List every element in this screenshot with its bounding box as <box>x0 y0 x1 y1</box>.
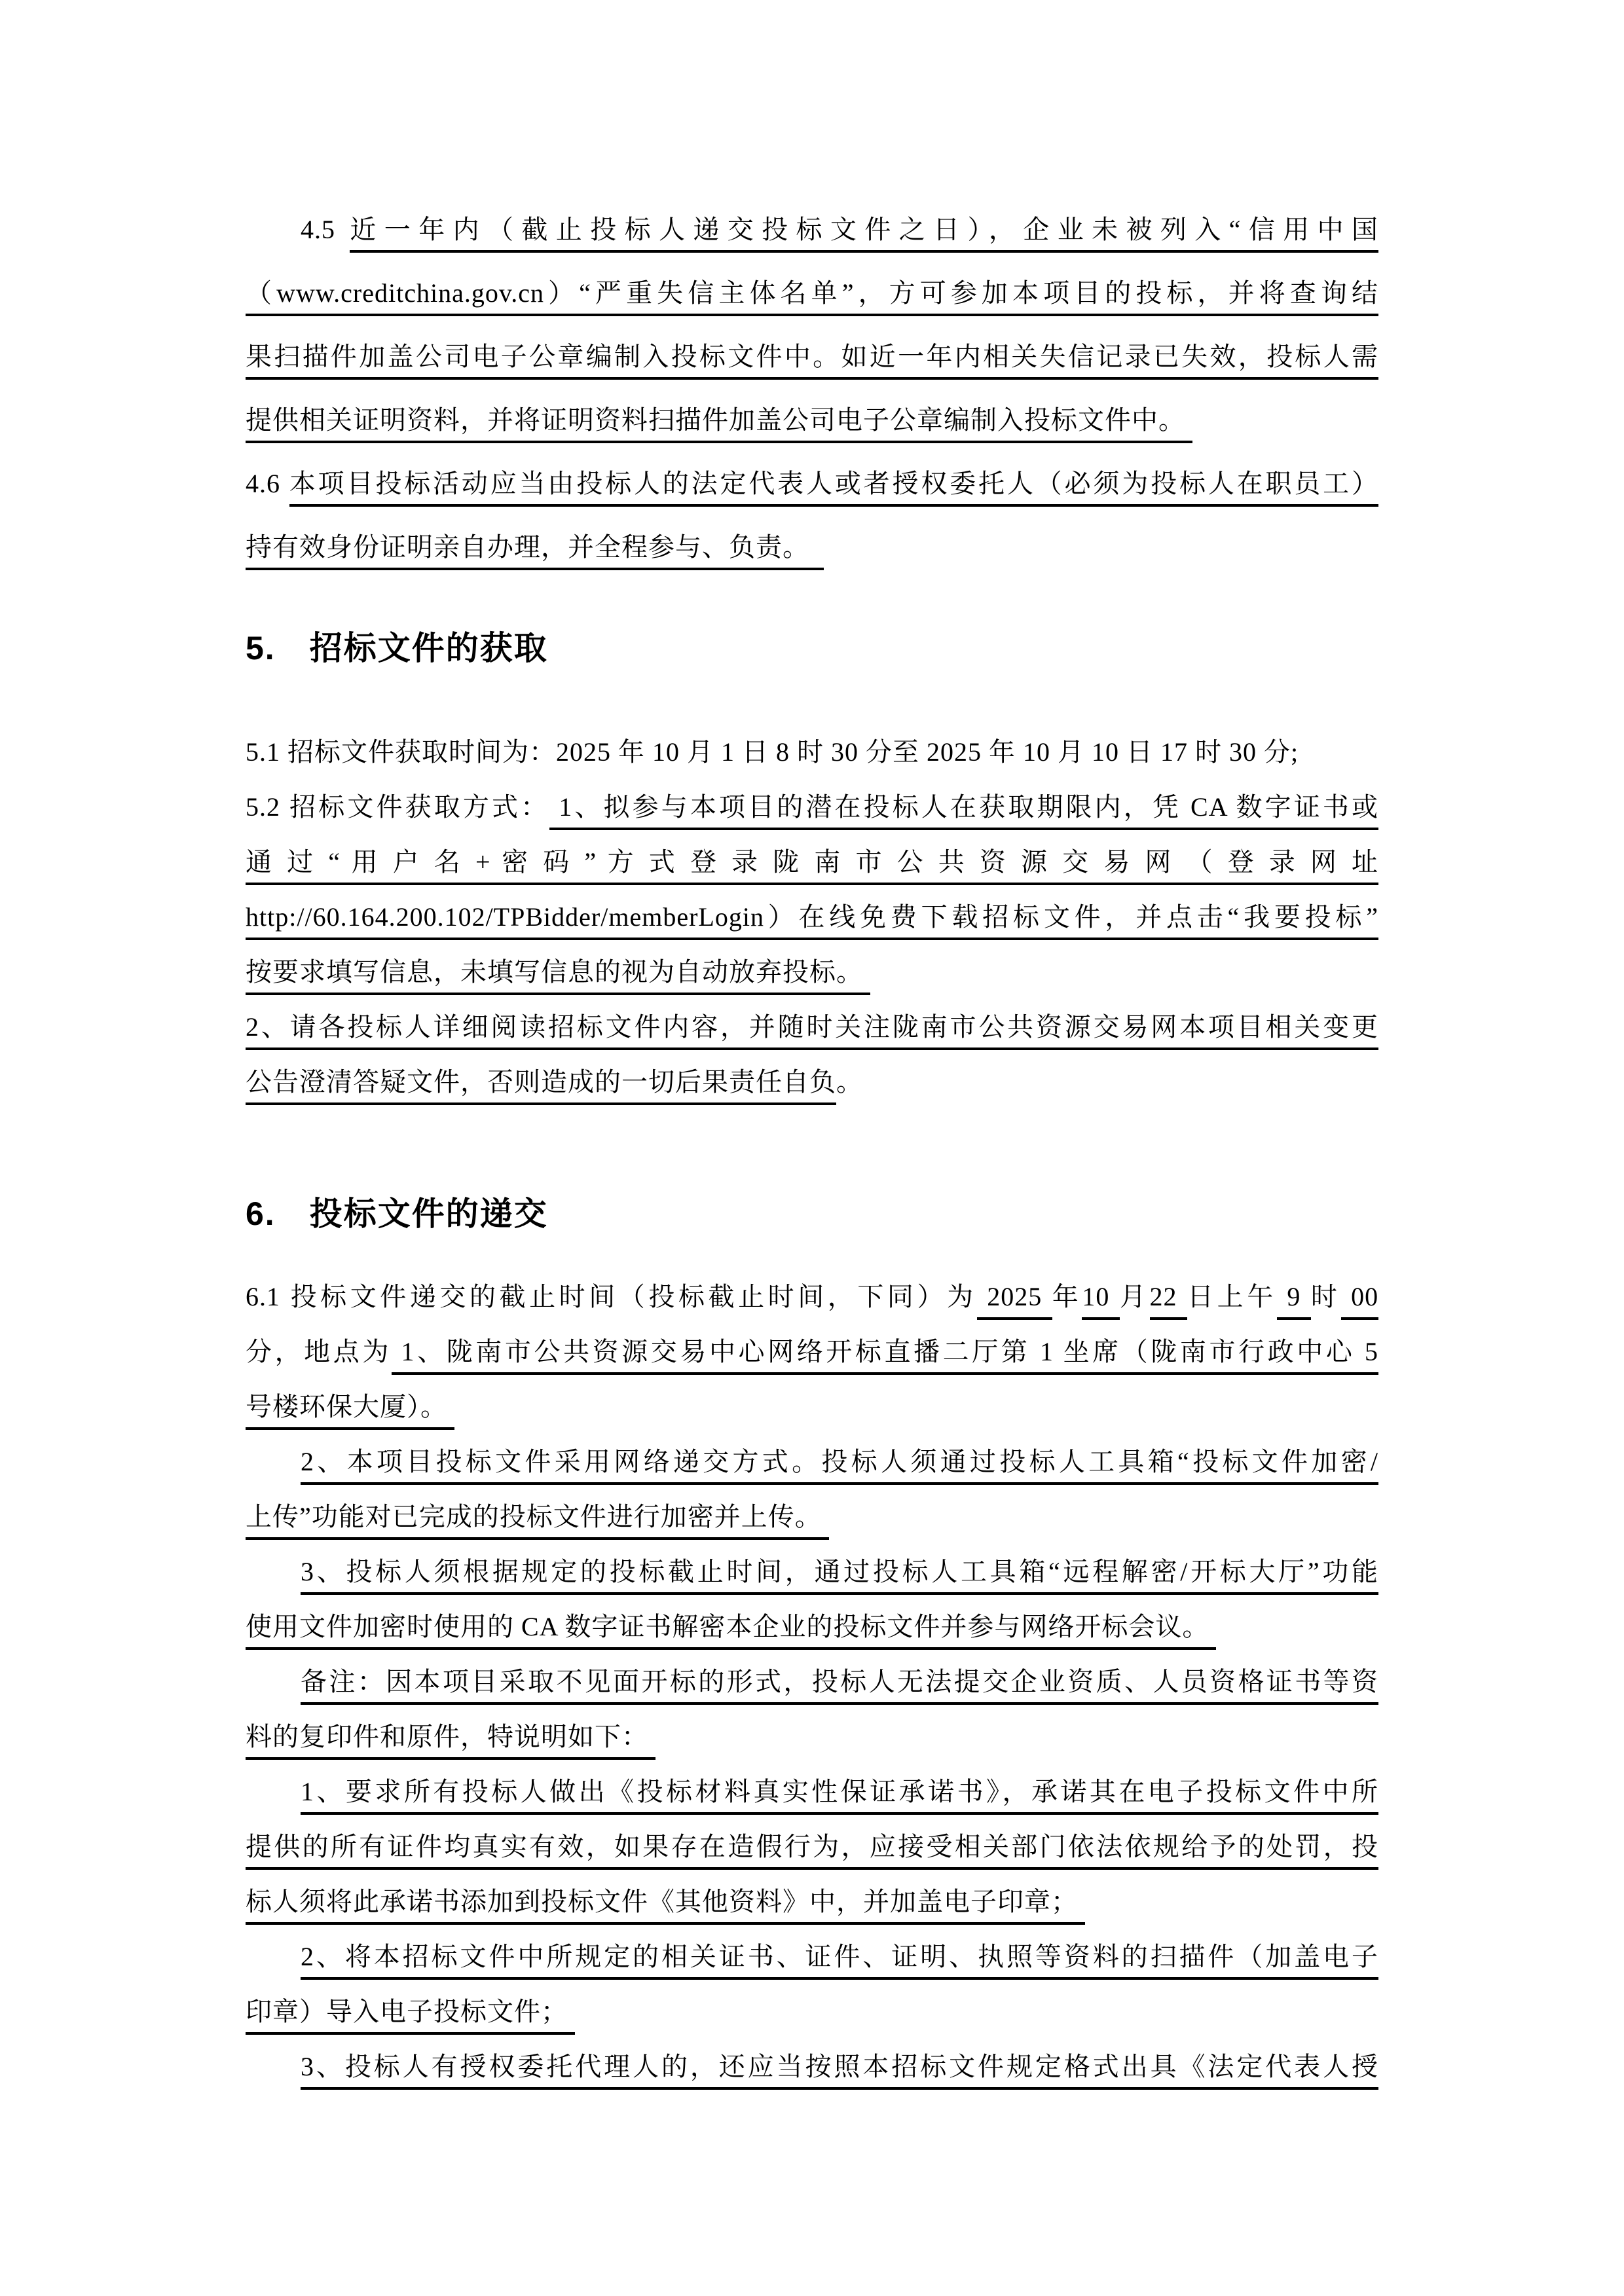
underlined-segment: 00 <box>1341 1282 1379 1320</box>
text-line: 使用文件加密时使用的 CA 数字证书解密本企业的投标文件并参与网络开标会议。 <box>246 1608 1378 1646</box>
text-segment: 日上午 <box>1187 1282 1277 1311</box>
text-segment: 5.1 招标文件获取时间为：2025 年 10 月 1 日 8 时 30 分至 … <box>246 737 1299 767</box>
text-line: 果扫描件加盖公司电子公章编制入投标文件中。如近一年内相关失信记录已失效，投标人需 <box>246 338 1378 376</box>
underlined-segment: 备注：因本项目采取不见面开标的形式，投标人无法提交企业资质、人员资格证书等资 <box>301 1667 1378 1705</box>
underlined-segment: 本项目投标活动应当由投标人的法定代表人或者授权委托人（必须为投标人在职员工） <box>289 469 1378 507</box>
underlined-segment: 公告澄清答疑文件，否则造成的一切后果责任自负 <box>246 1067 836 1105</box>
underlined-segment: 持有效身份证明亲自办理，并全程参与、负责。 <box>246 532 824 570</box>
text-line: 2、将本招标文件中所规定的相关证书、证件、证明、执照等资料的扫描件（加盖电子 <box>301 1938 1378 1976</box>
underlined-segment: 3、投标人须根据规定的投标截止时间，通过投标人工具箱“远程解密/开标大厅”功能 <box>301 1557 1378 1595</box>
underlined-segment: 提供相关证明资料，并将证明资料扫描件加盖公司电子公章编制入投标文件中。 <box>246 405 1192 443</box>
text-line: 上传”功能对已完成的投标文件进行加密并上传。 <box>246 1498 1378 1536</box>
section-heading: 6. 投标文件的递交 <box>246 1194 1378 1233</box>
underlined-segment: 1、拟参与本项目的潜在投标人在获取期限内，凭 CA 数字证书或 <box>549 792 1378 830</box>
text-line: 分，地点为 1、陇南市公共资源交易中心网络开标直播二厅第 1 坐席（陇南市行政中… <box>246 1333 1378 1371</box>
underlined-segment: 3、投标人有授权委托代理人的，还应当按照本招标文件规定格式出具《法定代表人授 <box>301 2052 1378 2090</box>
text-segment: 分，地点为 <box>246 1337 392 1366</box>
underlined-segment: 果扫描件加盖公司电子公章编制入投标文件中。如近一年内相关失信记录已失效，投标人需 <box>246 342 1378 380</box>
underlined-segment: 印章）导入电子投标文件； <box>246 1997 575 2035</box>
text-line: http://60.164.200.102/TPBidder/memberLog… <box>246 898 1378 936</box>
text-line: 公告澄清答疑文件，否则造成的一切后果责任自负。 <box>246 1063 1378 1101</box>
text-line: 6.1 投标文件递交的截止时间（投标截止时间，下同）为 2025 年10 月22… <box>246 1278 1378 1316</box>
section-heading: 5. 招标文件的获取 <box>246 629 1378 668</box>
text-line: 料的复印件和原件，特说明如下： <box>246 1718 1378 1756</box>
underlined-segment: 通 过 “ 用 户 名 + 密 码 ” 方 式 登 录 陇 南 市 公 共 资 … <box>246 847 1378 885</box>
underlined-segment: 上传”功能对已完成的投标文件进行加密并上传。 <box>246 1502 829 1540</box>
underlined-segment: 2025 <box>977 1282 1052 1320</box>
text-line: 标人须将此承诺书添加到投标文件《其他资料》中，并加盖电子印章； <box>246 1883 1378 1921</box>
text-segment: 。 <box>836 1067 863 1097</box>
text-line: 3、投标人须根据规定的投标截止时间，通过投标人工具箱“远程解密/开标大厅”功能 <box>301 1553 1378 1591</box>
underlined-segment: 2、本项目投标文件采用网络递交方式。投标人须通过投标人工具箱“投标文件加密/ <box>301 1447 1378 1485</box>
underlined-segment: 号楼环保大厦）。 <box>246 1392 454 1430</box>
underlined-segment: http://60.164.200.102/TPBidder/memberLog… <box>246 902 1378 940</box>
text-line: 4.5 近一年内（截止投标人递交投标文件之日），企业未被列入“信用中国 <box>301 211 1378 249</box>
text-segment: 时 <box>1311 1282 1341 1311</box>
text-segment: 4.5 <box>301 215 350 244</box>
text-line: 1、要求所有投标人做出《投标材料真实性保证承诺书》，承诺其在电子投标文件中所 <box>301 1773 1378 1811</box>
document-page: 4.5 近一年内（截止投标人递交投标文件之日），企业未被列入“信用中国（www.… <box>0 0 1624 2296</box>
underlined-segment: 2、将本招标文件中所规定的相关证书、证件、证明、执照等资料的扫描件（加盖电子 <box>301 1942 1378 1980</box>
text-line: 2、请各投标人详细阅读招标文件内容，并随时关注陇南市公共资源交易网本项目相关变更 <box>246 1008 1378 1046</box>
underlined-segment: 近一年内（截止投标人递交投标文件之日），企业未被列入“信用中国 <box>350 215 1378 253</box>
text-line: 2、本项目投标文件采用网络递交方式。投标人须通过投标人工具箱“投标文件加密/ <box>301 1443 1378 1481</box>
text-segment: 年 <box>1052 1282 1082 1311</box>
text-line: （www.creditchina.gov.cn）“严重失信主体名单”，方可参加本… <box>246 274 1378 312</box>
underlined-segment: 提供的所有证件均真实有效，如果存在造假行为，应接受相关部门依法依规给予的处罚，投 <box>246 1832 1378 1870</box>
text-segment: 月 <box>1120 1282 1150 1311</box>
text-line: 号楼环保大厦）。 <box>246 1388 1378 1426</box>
text-line: 5.2 招标文件获取方式： 1、拟参与本项目的潜在投标人在获取期限内，凭 CA … <box>246 788 1378 826</box>
text-line: 提供相关证明资料，并将证明资料扫描件加盖公司电子公章编制入投标文件中。 <box>246 401 1378 439</box>
underlined-segment: 9 <box>1277 1282 1311 1320</box>
underlined-segment: 10 <box>1082 1282 1120 1320</box>
text-line: 4.6 本项目投标活动应当由投标人的法定代表人或者授权委托人（必须为投标人在职员… <box>246 465 1378 503</box>
text-line: 提供的所有证件均真实有效，如果存在造假行为，应接受相关部门依法依规给予的处罚，投 <box>246 1828 1378 1866</box>
underlined-segment: 2、请各投标人详细阅读招标文件内容，并随时关注陇南市公共资源交易网本项目相关变更 <box>246 1012 1378 1050</box>
underlined-segment: 使用文件加密时使用的 CA 数字证书解密本企业的投标文件并参与网络开标会议。 <box>246 1612 1216 1650</box>
text-segment: 5.2 招标文件获取方式： <box>246 792 549 822</box>
text-line: 备注：因本项目采取不见面开标的形式，投标人无法提交企业资质、人员资格证书等资 <box>301 1663 1378 1701</box>
text-line: 3、投标人有授权委托代理人的，还应当按照本招标文件规定格式出具《法定代表人授 <box>301 2048 1378 2086</box>
underlined-segment: 按要求填写信息，未填写信息的视为自动放弃投标。 <box>246 957 870 995</box>
text-segment: 4.6 <box>246 469 289 498</box>
underlined-segment: 料的复印件和原件，特说明如下： <box>246 1722 655 1760</box>
text-line: 印章）导入电子投标文件； <box>246 1993 1378 2031</box>
underlined-segment: （www.creditchina.gov.cn）“严重失信主体名单”，方可参加本… <box>246 278 1378 316</box>
text-line: 持有效身份证明亲自办理，并全程参与、负责。 <box>246 528 1378 566</box>
underlined-segment: 22 <box>1150 1282 1188 1320</box>
underlined-segment: 1、要求所有投标人做出《投标材料真实性保证承诺书》，承诺其在电子投标文件中所 <box>301 1777 1378 1815</box>
underlined-segment: 标人须将此承诺书添加到投标文件《其他资料》中，并加盖电子印章； <box>246 1887 1085 1925</box>
text-line: 通 过 “ 用 户 名 + 密 码 ” 方 式 登 录 陇 南 市 公 共 资 … <box>246 843 1378 881</box>
text-line: 按要求填写信息，未填写信息的视为自动放弃投标。 <box>246 953 1378 991</box>
text-segment: 6.1 投标文件递交的截止时间（投标截止时间，下同）为 <box>246 1282 977 1311</box>
underlined-segment: 1、陇南市公共资源交易中心网络开标直播二厅第 1 坐席（陇南市行政中心 5 <box>392 1337 1378 1375</box>
text-line: 5.1 招标文件获取时间为：2025 年 10 月 1 日 8 时 30 分至 … <box>246 733 1378 771</box>
